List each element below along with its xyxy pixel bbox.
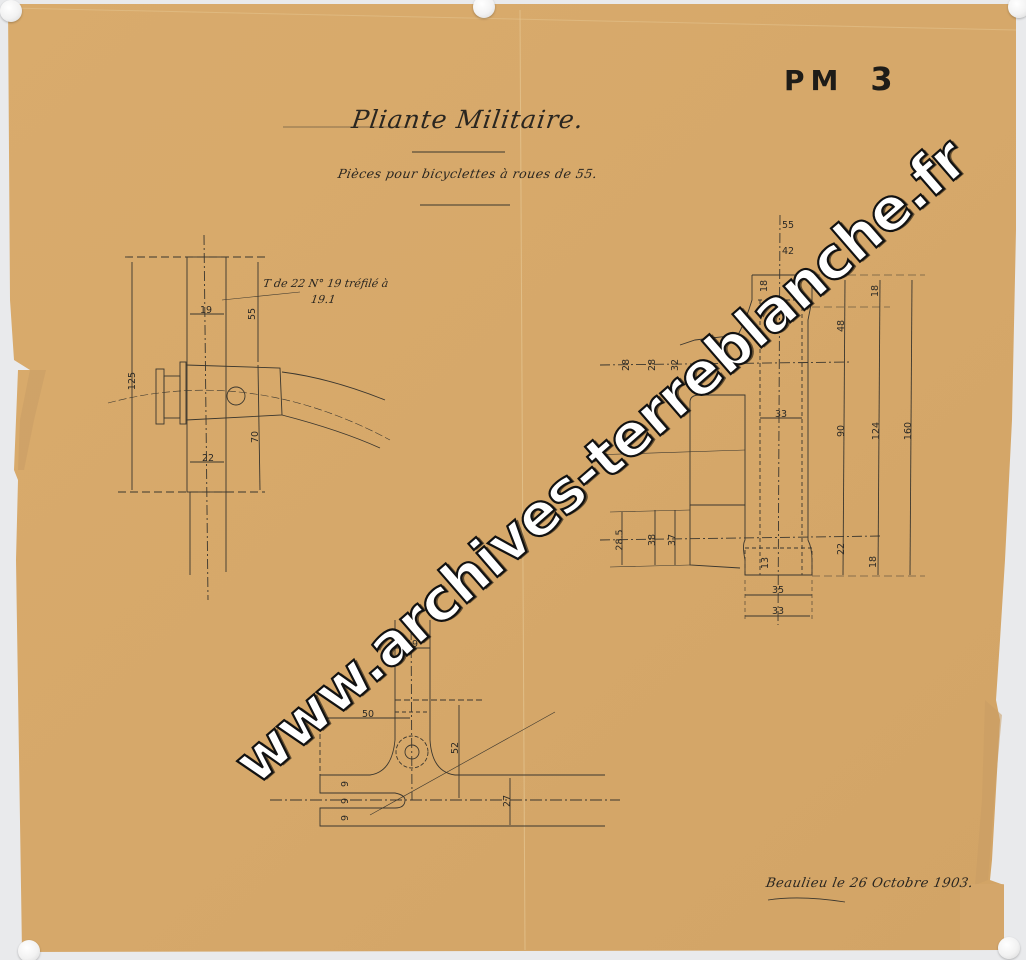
mounting-pin-bottom-right <box>998 937 1020 959</box>
mounting-pin-bottom-left <box>18 940 40 960</box>
mounting-pin-top-left <box>0 0 22 22</box>
scanned-drawing-sheet: PM3 Pliante Militaire. Pièces pour bicyc… <box>0 0 1026 960</box>
signature-underline <box>0 0 1026 960</box>
